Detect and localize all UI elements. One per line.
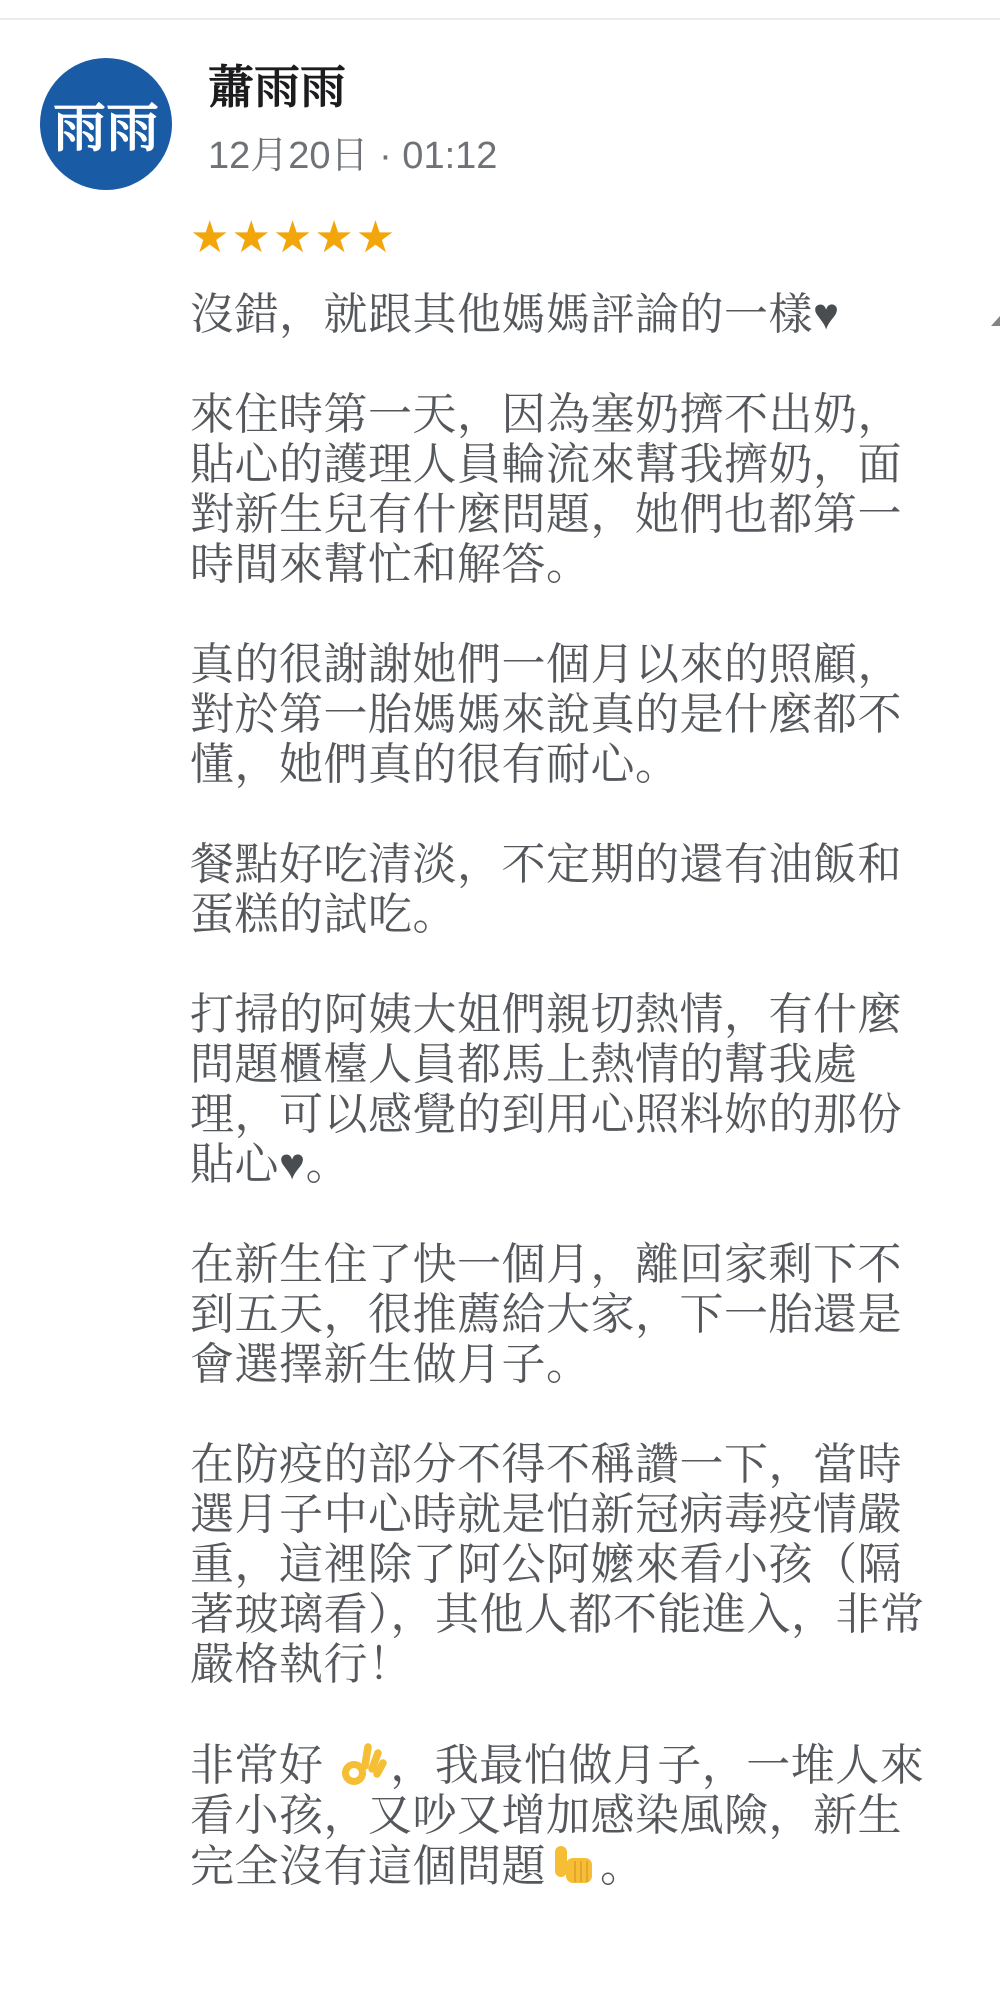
review-paragraph: 在新生住了快一個月，離回家剩下不到五天，很推薦給大家，下一胎還是會選擇新生做月子… <box>190 1240 926 1390</box>
review-card: 雨雨 蕭雨雨 12月20日 · 01:12 ★★★★★ 沒錯，就跟其他媽媽評論的… <box>0 0 1000 1892</box>
avatar[interactable]: 雨雨 <box>40 58 172 190</box>
paragraph-text: 真的很謝謝她們一個月以來的照顧，對於第一胎媽媽來說真的是什麼都不懂，她們真的很有… <box>190 640 902 789</box>
review-paragraph: 餐點好吃清淡，不定期的還有油飯和蛋糕的試吃。 <box>190 840 926 940</box>
review-paragraph-closing: 非常好 ，我最怕做月子，一堆人來看小孩，又吵又增加感染風險，新生完全沒有這個問題… <box>190 1740 926 1892</box>
review-header: 雨雨 蕭雨雨 12月20日 · 01:12 <box>40 58 940 190</box>
review-paragraph: 真的很謝謝她們一個月以來的照顧，對於第一胎媽媽來說真的是什麼都不懂，她們真的很有… <box>190 640 926 790</box>
author-block: 蕭雨雨 12月20日 · 01:12 <box>208 58 497 175</box>
paragraph-text: 在新生住了快一個月，離回家剩下不到五天，很推薦給大家，下一胎還是會選擇新生做月子… <box>190 1240 902 1389</box>
heart-icon: ♥ <box>813 290 840 339</box>
review-screen: 雨雨 蕭雨雨 12月20日 · 01:12 ★★★★★ 沒錯，就跟其他媽媽評論的… <box>0 0 1000 2000</box>
review-paragraph: 沒錯，就跟其他媽媽評論的一樣♥ <box>190 290 926 340</box>
paragraph-text: 沒錯，就跟其他媽媽評論的一樣 <box>190 290 813 339</box>
paragraph-text: 來住時第一天，因為塞奶擠不出奶，貼心的護理人員輪流來幫我擠奶，面對新生兒有什麼問… <box>190 390 902 589</box>
review-date: 12月20日 · 01:12 <box>208 137 497 175</box>
review-body: 沒錯，就跟其他媽媽評論的一樣♥ 來住時第一天，因為塞奶擠不出奶，貼心的護理人員輪… <box>190 290 926 1892</box>
review-paragraph: 來住時第一天，因為塞奶擠不出奶，貼心的護理人員輪流來幫我擠奶，面對新生兒有什麼問… <box>190 390 926 590</box>
ok-hand-emoji-icon <box>339 1740 387 1788</box>
review-paragraph: 在防疫的部分不得不稱讚一下，當時選月子中心時就是怕新冠病毒疫情嚴重，這裡除了阿公… <box>190 1440 926 1690</box>
paragraph-text: 非常好 <box>190 1741 336 1790</box>
paragraph-text: 在防疫的部分不得不稱讚一下，當時選月子中心時就是怕新冠病毒疫情嚴重，這裡除了阿公… <box>190 1440 925 1689</box>
star-rating: ★★★★★ <box>190 216 940 260</box>
paragraph-tail: 。 <box>600 1842 645 1891</box>
paragraph-text: 餐點好吃清淡，不定期的還有油飯和蛋糕的試吃。 <box>190 840 902 939</box>
author-name[interactable]: 蕭雨雨 <box>208 60 497 115</box>
paragraph-tail: 。 <box>306 1140 351 1189</box>
thumbs-up-emoji-icon <box>549 1841 597 1889</box>
heart-icon: ♥ <box>279 1140 306 1189</box>
review-paragraph: 打掃的阿姨大姐們親切熱情，有什麼問題櫃檯人員都馬上熱情的幫我處理，可以感覺的到用… <box>190 990 926 1190</box>
